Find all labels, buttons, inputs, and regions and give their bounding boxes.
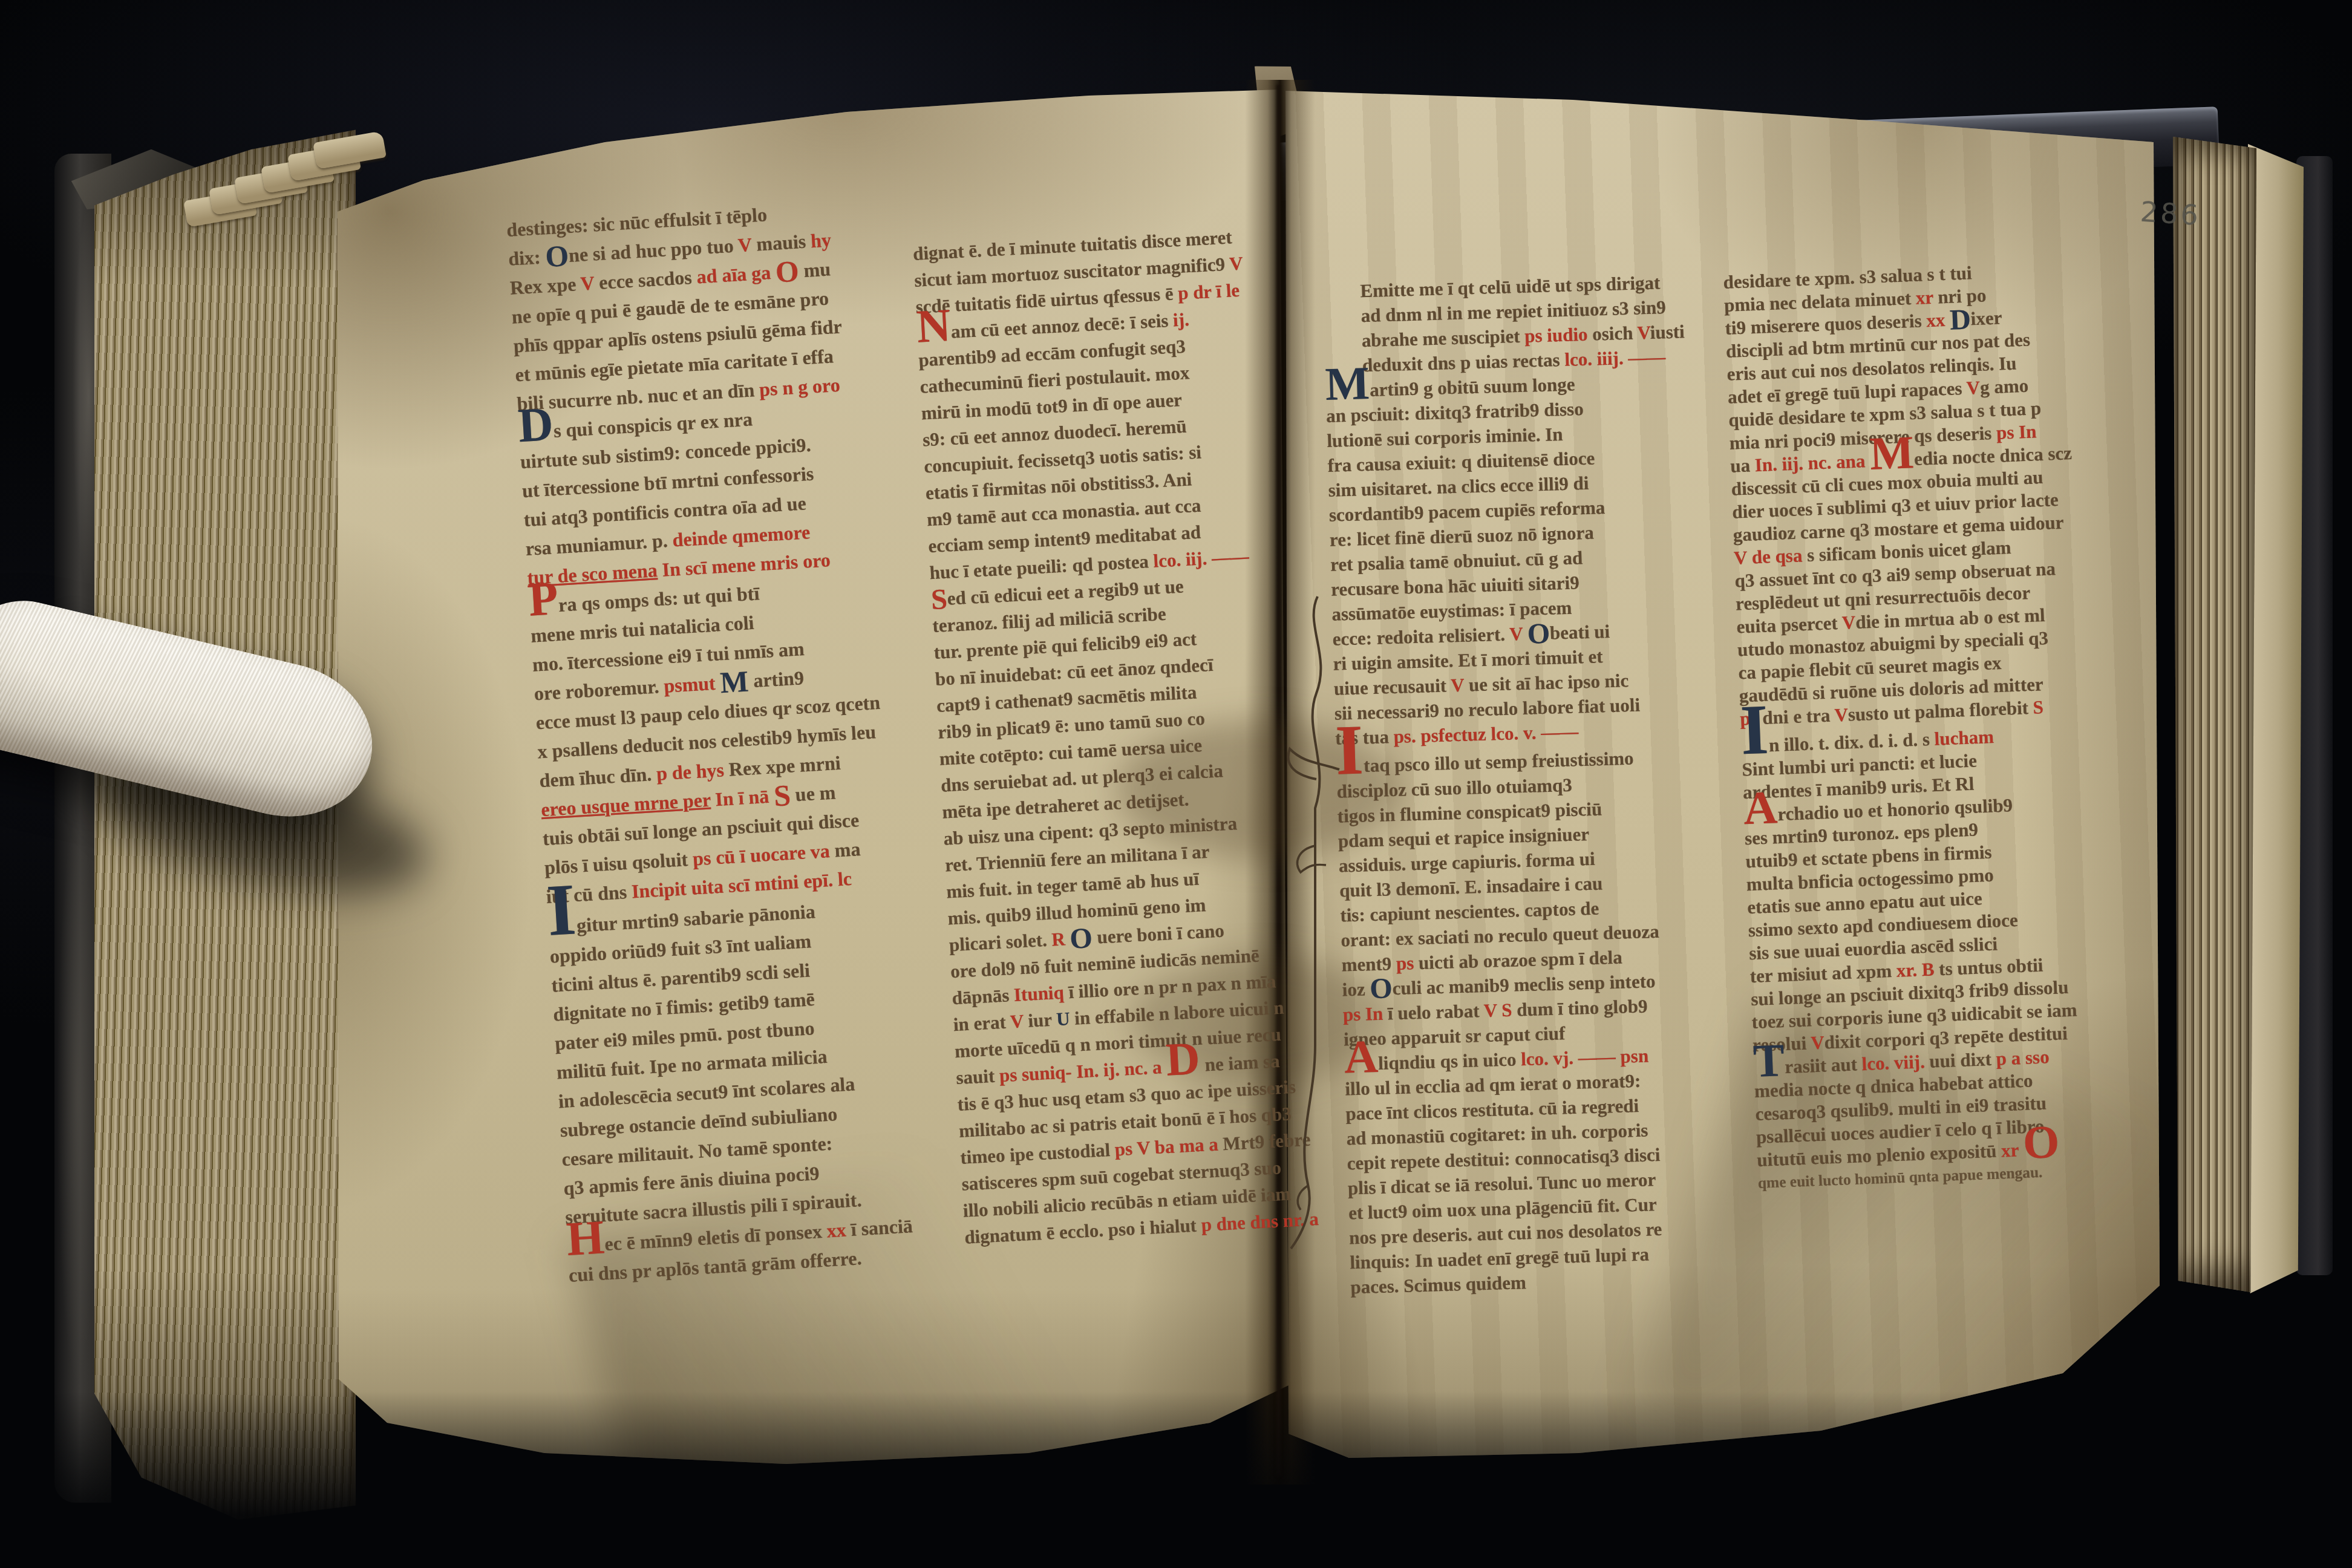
text-column-left-1: destinges: sic nūc effulsit ī tēplodix: … [506,192,968,1290]
rubric-text: deinde qmemore [672,521,811,550]
illuminated-initial: O [1370,989,1392,990]
body-text: ma [829,838,861,861]
illuminated-initial: H [567,1237,604,1240]
rubric-text: lco. iij. —— [1153,546,1250,572]
body-text: paces. Scimus quidem [1350,1272,1526,1298]
illuminated-initial: I [547,909,575,911]
rubric-text: psmut [663,671,720,696]
illuminated-initial: N [916,325,950,327]
body-text: g amo [1979,375,2028,398]
rubric-text: ps iudio [1524,324,1593,347]
body-text: iusti [1650,321,1685,343]
illuminated-initial: D [1950,319,1971,320]
body-text: artin9 [748,667,805,691]
illuminated-initial: D [1166,1058,1200,1060]
rubric-text: lco. viij. [1861,1051,1930,1074]
body-text: ī sanciā [846,1215,913,1240]
rubric-text: ad aīa ga [696,261,776,288]
illuminated-initial: T [1753,1060,1785,1061]
rubric-text: V [1229,252,1243,274]
rubric-text: V de qsa [1734,544,1808,569]
rubric-text: lco. vj. —— psn [1521,1045,1649,1070]
body-text: uere boni ī cano [1092,920,1225,948]
body-text: artin9 g obitū suum longe [1370,373,1575,400]
rubric-text: ps. psfectuz lco. v. —— [1393,720,1579,747]
body-text: ts untus obtii [1938,954,2043,979]
body-text: sauit [956,1065,1000,1088]
rubric-text: xr. B [1896,958,1939,981]
body-text: beati ui [1550,621,1610,644]
body-text: ter misiut ad xpm [1749,960,1896,987]
folio-number: 286 [2139,195,2201,232]
body-text: uui dixt [1929,1048,1997,1071]
rubric-text: ps cū ī uocare va [692,840,831,869]
rubric-text: ps n g oro [759,374,841,400]
body-text: ment9 [1341,953,1396,976]
body-text: edia nocte dnica scz [1913,442,2072,469]
rubric-text: Ituniq [1013,981,1069,1005]
body-text: Rex xpe [509,273,581,299]
body-text: ue sit aī hac ipso nic [1468,670,1628,695]
illuminated-initial: O [776,271,799,272]
body-text: liqndiu qs in uico [1378,1048,1521,1074]
illuminated-initial: S [774,795,791,797]
rubric-text: p de hys [656,759,730,785]
illuminated-initial: M [720,681,749,683]
rubric-text: V [1834,704,1849,726]
rubric-text: ij. [1172,309,1189,330]
illuminated-initial: A [1344,1056,1378,1057]
illuminated-initial: O [546,256,569,257]
rubric-text: V [1509,623,1528,645]
body-text: deduxit dns p uias rectas [1362,349,1564,376]
body-text: iur [1028,1008,1057,1031]
right-fore-edge-pages [2173,137,2256,1292]
rubric-text: p dr ī le [1177,279,1240,304]
rubric-text: ps In [1342,1002,1388,1025]
body-text: U [1056,1008,1070,1030]
body-text: mauis [756,230,811,255]
manuscript-photograph: destinges: sic nūc effulsit ī tēplodix: … [0,0,2352,1568]
rubric-text: ps In [1996,420,2037,443]
rubric-text: V [1966,377,1981,399]
rubric-text: xr [2001,1139,2024,1161]
body-text: in erat [953,1011,1011,1035]
body-text: dum ī tino glob9 [1517,995,1648,1020]
illuminated-initial: O [2023,1141,2059,1142]
body-text: dni e tra [1762,704,1835,728]
text-column-left-2: dignat ē. de ī minute tuitatis disce mer… [912,221,1339,1251]
bottom-vignette [0,1391,2352,1568]
right-endleaf-edge [2248,144,2304,1293]
body-text: ecce sacdos [598,266,697,293]
illuminated-initial: M [1870,452,1914,454]
rubric-text: V [580,272,600,295]
illuminated-initial: D [518,424,554,426]
body-text: Rex xpe mrni [728,752,841,780]
body-text: uiue recusauit [1333,675,1451,699]
rubric-text: hy [810,229,832,252]
body-text: mu [798,258,831,281]
rubric-text: R [1051,928,1070,950]
illuminated-initial: S [931,599,947,600]
illuminated-initial: A [1743,807,1777,808]
illuminated-initial: I [1740,730,1768,731]
body-text: dāpnās [952,984,1014,1008]
body-text: ne iam sa [1200,1050,1280,1076]
rubric-text: V [737,234,757,256]
body-text: rasiit aut [1785,1053,1863,1077]
penwork-flourish-icon [1280,586,1347,1263]
rubric-text: V [1637,322,1650,344]
illuminated-initial: O [1070,938,1093,939]
rubric-text: V [1010,1010,1028,1033]
rubric-text: V [1451,675,1469,696]
body-text: plicari solet. [949,929,1052,956]
body-text: dix: [508,246,546,270]
body-text: ore roboremur. [534,675,665,705]
rubric-text: xx [826,1218,847,1241]
rubric-text: ps V ba ma a [1114,1133,1223,1160]
body-text: uicti ab orazoe spm ī dela [1419,946,1623,973]
body-text: ī uelo rabat [1388,1000,1485,1024]
illuminated-initial: M [1325,383,1370,384]
rubric-text: ps [1396,952,1419,974]
body-text: euita psercet [1736,612,1843,638]
rubric-text: p a sso [1996,1046,2050,1069]
body-text: ua [1730,454,1756,477]
rubric-text: lucham [1934,726,1994,750]
rubric-text: In ī nā [710,785,774,810]
body-text: ixer [1970,307,2002,329]
rubric-text: S [2033,696,2044,718]
rubric-text: V S [1483,999,1517,1021]
rubric-text: V [1841,612,1856,633]
rubric-text: xr [1915,286,1938,308]
body-text: ecce: redoita relisiert. [1332,624,1510,650]
body-text: ue m [790,781,837,805]
body-text: abrahe me suscipiet [1361,325,1524,351]
illuminated-initial: O [1527,633,1550,634]
rubric-text: xx [1926,309,1950,331]
illuminated-initial: P [529,598,558,600]
rubric-text: V [1811,1031,1825,1053]
body-text: rsa muniamur. p. [525,529,673,560]
body-text: dem īhuc dīn. [538,763,657,791]
rubric-text: In. iij. nc. ana [1754,450,1870,475]
body-text: osich [1592,322,1638,345]
text-column-right-2: desidare te xpm. s3 salua s t tuipmia ne… [1723,256,2148,1194]
rubric-text: lco. iiij. —— [1564,346,1666,370]
text-column-right-1: Emitte me ī qt celū uidē ut sps dirigata… [1322,269,1740,1299]
